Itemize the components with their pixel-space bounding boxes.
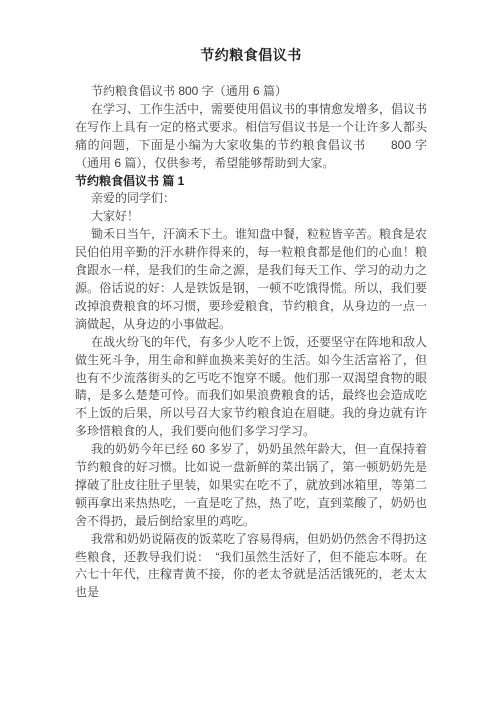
document-title: 节约粮食倡议书 <box>75 46 427 64</box>
paragraph-salutation: 亲爱的同学们： <box>75 190 427 208</box>
document-page: 节约粮食倡议书 节约粮食倡议书 800 字（通用 6 篇） 在学习、工作生活中，… <box>0 0 500 707</box>
paragraph-greeting: 大家好！ <box>75 208 427 226</box>
subtitle-line: 节约粮食倡议书 800 字（通用 6 篇） <box>75 83 427 101</box>
paragraph: 在战火纷飞的年代，有多少人吃不上饭，还要坚守在阵地和敌人做生死斗争，用生命和鲜血… <box>75 334 427 441</box>
paragraph: 锄禾日当午，汗滴禾下土。谁知盘中餐，粒粒皆辛苦。粮食是农民伯伯用辛勤的汗水耕作得… <box>75 226 427 333</box>
section-heading: 节约粮食倡议书 篇 1 <box>75 173 427 191</box>
intro-paragraph: 在学习、工作生活中，需要使用倡议书的事情愈发增多，倡议书在写作上具有一定的格式要… <box>75 101 427 173</box>
paragraph: 我的奶奶今年已经 60 多岁了，奶奶虽然年龄大，但一直保持着节约粮食的好习惯。比… <box>75 441 427 531</box>
paragraph: 我常和奶奶说隔夜的饭菜吃了容易得病，但奶奶仍然舍不得扔这些粮食，还教导我们说： … <box>75 531 427 603</box>
document-body: 节约粮食倡议书 800 字（通用 6 篇） 在学习、工作生活中，需要使用倡议书的… <box>75 83 427 602</box>
